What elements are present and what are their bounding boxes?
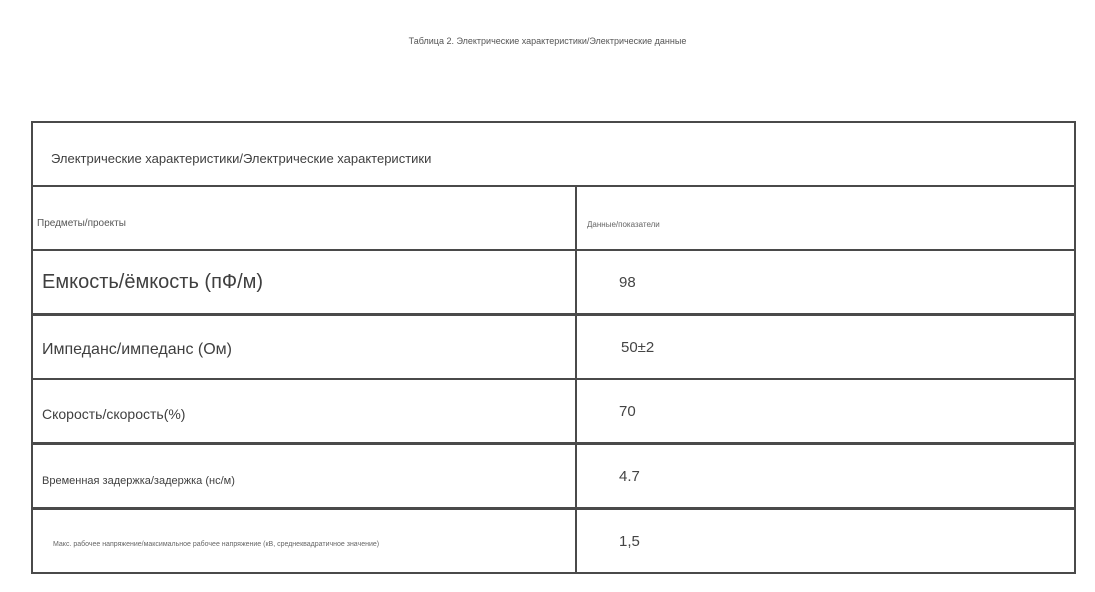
column-header-items: Предметы/проекты <box>31 185 577 251</box>
item-label: Емкость/ёмкость (пФ/м) <box>42 271 263 294</box>
item-value: 50±2 <box>621 339 654 356</box>
item-value: 70 <box>619 403 636 420</box>
table-row-item-cell: Скорость/скорость(%) <box>31 378 577 444</box>
column-header-label: Данные/показатели <box>587 220 660 229</box>
table-caption: Таблица 2. Электрические характеристики/… <box>0 36 1095 46</box>
item-label: Макс. рабочее напряжение/максимальное ра… <box>53 541 379 548</box>
table-row-item-cell: Импеданс/импеданс (Ом) <box>31 314 577 380</box>
table-row-item-cell: Временная задержка/задержка (нс/м) <box>31 443 577 509</box>
item-label: Скорость/скорость(%) <box>42 406 185 422</box>
item-value: 1,5 <box>619 533 640 550</box>
item-value: 4.7 <box>619 468 640 485</box>
table-row-value-cell: 4.7 <box>575 443 1076 509</box>
table-title-row: Электрические характеристики/Электрическ… <box>31 121 1076 187</box>
item-value: 98 <box>619 274 636 291</box>
table-title: Электрические характеристики/Электрическ… <box>51 151 431 166</box>
table-row-value-cell: 70 <box>575 378 1076 444</box>
table-row-value-cell: 50±2 <box>575 314 1076 380</box>
table-row-value-cell: 1,5 <box>575 508 1076 574</box>
table-row-item-cell: Макс. рабочее напряжение/максимальное ра… <box>31 508 577 574</box>
column-header-label: Предметы/проекты <box>37 218 126 229</box>
table-row-value-cell: 98 <box>575 249 1076 315</box>
column-header-values: Данные/показатели <box>575 185 1076 251</box>
item-label: Импеданс/импеданс (Ом) <box>42 341 232 359</box>
table-row-item-cell: Емкость/ёмкость (пФ/м) <box>31 249 577 315</box>
item-label: Временная задержка/задержка (нс/м) <box>42 475 235 487</box>
